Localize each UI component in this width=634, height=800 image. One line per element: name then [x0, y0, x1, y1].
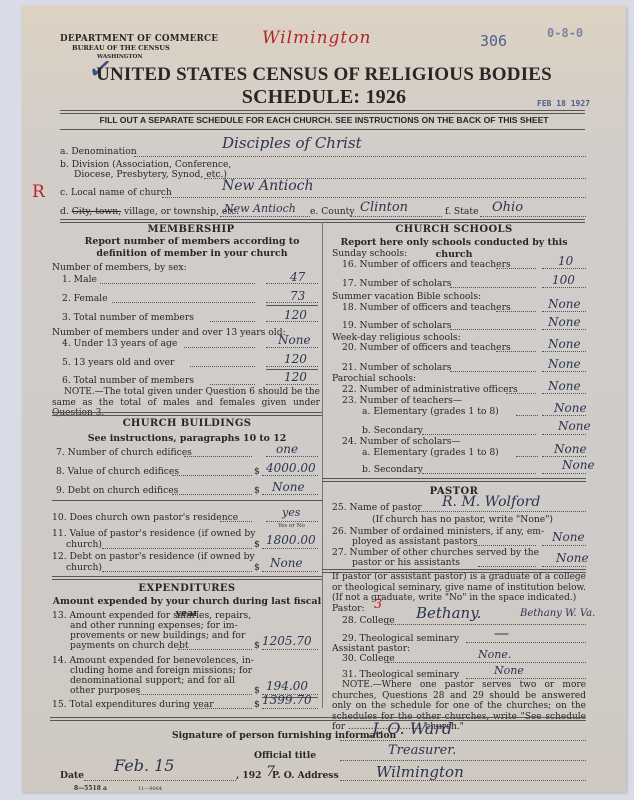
q30-label: 30. College	[342, 653, 395, 664]
q17-label: 17. Number of scholars	[342, 278, 452, 289]
q14-benevolences-value[interactable]: 194.00	[266, 679, 308, 693]
q20-dots	[496, 351, 536, 352]
signature-line	[340, 740, 586, 741]
church-schools-divider	[322, 478, 586, 482]
q10-residence-value[interactable]: yes	[282, 506, 300, 519]
handwritten-city: Wilmington	[262, 28, 371, 48]
q3-total-label: 3. Total number of members	[62, 312, 194, 323]
received-date-stamp: FEB 18 1927	[537, 99, 590, 108]
q17-dots	[450, 287, 536, 288]
signature-value[interactable]: J. O. Ward	[372, 719, 452, 738]
city-value[interactable]: New Antioch	[224, 202, 296, 215]
q18-answer-line	[542, 311, 586, 312]
q9-answer-line	[262, 494, 318, 495]
q11-residence-amount[interactable]: 1800.00	[266, 533, 316, 547]
graduate-note: If pastor (or assistant pastor) is a gra…	[332, 572, 586, 604]
q8-value-label: 8. Value of church edifices	[56, 466, 179, 477]
q21-answer-line	[542, 371, 586, 372]
q9-dollar-sign: $	[254, 485, 260, 496]
q10-yes-no-hint: Yes or No	[278, 523, 305, 529]
q27-answer-line	[542, 566, 586, 567]
q21-value[interactable]: None	[548, 357, 581, 371]
stamp-code: 0-8-0	[547, 26, 583, 40]
q26-value[interactable]: None	[552, 530, 585, 544]
q17-value[interactable]: 100	[552, 273, 575, 287]
q5-answer-line	[266, 366, 318, 367]
q13-dots	[178, 649, 252, 650]
q15-total-value[interactable]: 1399.70	[262, 693, 312, 707]
q10-answer-line	[266, 521, 318, 522]
q9-debt-label: 9. Debt on church edifices	[56, 485, 178, 496]
county-line	[350, 216, 442, 217]
q14-label-4: other purposes	[70, 685, 140, 696]
city-line	[220, 216, 310, 217]
q18-dots	[496, 311, 536, 312]
q22-value[interactable]: None	[548, 379, 581, 393]
q23a-answer-line	[542, 415, 586, 416]
q14-dollar-sign: $	[254, 685, 260, 696]
q19-value[interactable]: None	[548, 315, 581, 329]
q11-label-cont: church)	[66, 539, 102, 550]
q31-label: 31. Theological seminary	[342, 669, 459, 680]
q23b-label: b. Secondary	[362, 425, 423, 436]
q13-label-4: payments on church debt	[70, 640, 189, 651]
membership-divider	[52, 412, 322, 416]
q8-value-amount[interactable]: 4000.00	[266, 461, 316, 475]
q11-answer-line	[262, 548, 318, 549]
q20-value[interactable]: None	[548, 337, 581, 351]
q7-answer-line	[266, 456, 318, 457]
q22-answer-line	[542, 393, 586, 394]
q25-hint: (If church has no pastor, write "None")	[372, 514, 553, 525]
q12-label-cont: church)	[66, 562, 102, 573]
official-title-line	[340, 760, 586, 761]
q12-dots	[102, 571, 252, 572]
q15-dots	[196, 708, 252, 709]
age-group-label: Number of members under and over 13 year…	[52, 327, 286, 338]
q8-answer-line	[262, 475, 318, 476]
q20-label: 20. Number of officers and teachers	[342, 342, 511, 353]
q7-edifices-value[interactable]: one	[276, 442, 298, 456]
q29-seminary-value[interactable]: —	[494, 624, 509, 642]
official-title-label: Official title	[254, 750, 316, 761]
margin-mark-r: R	[32, 182, 46, 202]
sunday-schools-label: Sunday schools:	[332, 248, 407, 259]
local-name-value[interactable]: New Antioch	[222, 178, 314, 194]
q31-seminary-value[interactable]: None	[494, 664, 524, 677]
form-number: 8—5518 a	[74, 785, 107, 792]
church-schools-heading: CHURCH SCHOOLS	[322, 224, 586, 235]
q24b-value[interactable]: None	[562, 458, 595, 472]
q26-label-2: ployed as assistant pastors	[352, 536, 478, 547]
q24a-dots	[516, 456, 538, 457]
q2-dots	[112, 302, 255, 303]
q28-college-value[interactable]: Bethany.	[416, 604, 481, 622]
q21-label: 21. Number of scholars	[342, 362, 452, 373]
q4-answer-line	[266, 347, 318, 348]
q31-line	[466, 678, 586, 679]
q15-answer-line	[262, 708, 318, 709]
year-prefix: , 192	[236, 770, 262, 781]
county-value[interactable]: Clinton	[360, 200, 408, 215]
q23a-value[interactable]: None	[554, 401, 587, 415]
q13-running-expenses-value[interactable]: 1205.70	[262, 634, 312, 648]
membership-subheading: Report number of members according to de…	[72, 236, 312, 260]
q5-dots	[190, 366, 255, 367]
q1-male-label: 1. Male	[62, 274, 97, 285]
q12-answer-line	[262, 571, 318, 572]
local-name-line	[162, 197, 586, 198]
q16-dots	[496, 268, 536, 269]
q20-answer-line	[542, 351, 586, 352]
q27-dots	[478, 566, 536, 567]
struck-city-town: City, town,	[72, 206, 121, 217]
q13-dollar-sign: $	[254, 640, 260, 651]
q28-label: 28. College	[342, 615, 395, 626]
q24a-answer-line	[542, 456, 586, 457]
buildings-inner-divider	[52, 500, 322, 501]
q29-line	[466, 642, 586, 643]
q22-dots	[506, 393, 536, 394]
q24a-label: a. Elementary (grades 1 to 8)	[362, 447, 499, 458]
serial-number: 306	[480, 32, 507, 50]
q18-label: 18. Number of officers and teachers	[342, 302, 511, 313]
q23a-label: a. Elementary (grades 1 to 8)	[362, 406, 499, 417]
q15-total-label: 15. Total expenditures during year	[52, 699, 214, 710]
q10-dots	[220, 521, 252, 522]
q17-answer-line	[542, 287, 586, 288]
q5-over13-value[interactable]: 120	[284, 352, 307, 366]
q11-residence-value-label: 11. Value of pastor's residence (if owne…	[52, 528, 255, 539]
county-label: e. County	[310, 206, 355, 217]
instruction-divider	[60, 129, 585, 130]
bureau-label: BUREAU OF THE CENSUS	[72, 44, 170, 52]
city-town-label: d. City, town, village, or township, etc…	[60, 206, 239, 217]
q19-dots	[450, 329, 536, 330]
q30-college-value[interactable]: None.	[478, 648, 511, 661]
parochial-schools-label: Parochial schools:	[332, 373, 416, 384]
summer-schools-label: Summer vacation Bible schools:	[332, 291, 481, 302]
denomination-label: a. Denomination	[60, 146, 137, 157]
official-title-value[interactable]: Treasurer.	[388, 743, 456, 758]
q26-dots	[474, 545, 536, 546]
buildings-divider	[52, 576, 322, 580]
q25-label: 25. Name of pastor	[332, 502, 422, 513]
expenditures-heading: EXPENDITURES	[52, 583, 322, 594]
q24-label: 24. Number of scholars—	[342, 436, 461, 447]
q30-line	[388, 662, 586, 663]
q9-dots	[172, 494, 252, 495]
q1-male-value[interactable]: 47	[290, 270, 305, 284]
header-divider	[60, 110, 585, 114]
q24b-answer-line	[542, 473, 586, 474]
q4-under13-label: 4. Under 13 years of age	[62, 338, 177, 349]
pastor-red-mark: 3	[374, 597, 383, 612]
q19-answer-line	[542, 329, 586, 330]
q2-female-label: 2. Female	[62, 293, 108, 304]
date-line	[84, 780, 236, 781]
state-line	[480, 216, 586, 217]
q4-dots	[184, 347, 255, 348]
q6-total-label: 6. Total number of members	[62, 375, 194, 386]
q10-residence-label: 10. Does church own pastor's residence	[52, 512, 238, 523]
q12-dollar-sign: $	[254, 562, 260, 573]
q28-line	[388, 624, 586, 625]
q23b-dots	[422, 434, 536, 435]
q11-dots	[102, 548, 252, 549]
q3-dots	[210, 321, 255, 322]
q16-label: 16. Number of officers and teachers	[342, 259, 511, 270]
q25-line	[416, 511, 586, 512]
q24a-value[interactable]: None	[554, 442, 587, 456]
q21-dots	[450, 371, 536, 372]
department-label: DEPARTMENT OF COMMERCE	[60, 34, 218, 44]
state-value[interactable]: Ohio	[492, 200, 523, 215]
q8-dots	[172, 475, 252, 476]
q13-answer-line	[262, 649, 318, 650]
schedule-title: SCHEDULE: 1926	[22, 86, 626, 109]
q19-label: 19. Number of scholars	[342, 320, 452, 331]
membership-heading: MEMBERSHIP	[60, 224, 322, 235]
q24b-label: b. Secondary	[362, 464, 423, 475]
q12-residence-debt-value[interactable]: None	[270, 556, 303, 570]
q6-total-value[interactable]: 120	[284, 370, 307, 384]
q27-value[interactable]: None	[556, 551, 589, 565]
q9-debt-value[interactable]: None	[272, 480, 305, 494]
column-divider	[322, 222, 323, 708]
q23b-value[interactable]: None	[558, 419, 591, 433]
document-title: UNITED STATES CENSUS OF RELIGIOUS BODIES	[22, 64, 626, 86]
footer-divider	[50, 717, 586, 721]
census-schedule-document: DEPARTMENT OF COMMERCE BUREAU OF THE CEN…	[22, 6, 626, 792]
q11-dollar-sign: $	[254, 539, 260, 550]
pastor-note: NOTE.—Where one pastor serves two or mor…	[332, 680, 586, 733]
q16-answer-line	[542, 268, 586, 269]
members-by-sex-label: Number of members, by sex:	[52, 262, 187, 273]
q12-residence-debt-label: 12. Debt on pastor's residence (if owned…	[52, 551, 255, 562]
denomination-line	[134, 156, 586, 157]
q2-total-rule	[266, 305, 318, 306]
q3-total-value[interactable]: 120	[284, 308, 307, 322]
q4-under13-value[interactable]: None	[278, 333, 311, 347]
q2-female-value[interactable]: 73	[290, 289, 305, 303]
q1-dots	[100, 283, 255, 284]
q27-label-2: pastor or his assistants	[352, 557, 460, 568]
q23-label: 23. Number of teachers—	[342, 395, 462, 406]
po-address-label: P. O. Address	[272, 770, 339, 781]
q24b-dots	[422, 473, 536, 474]
state-label: f. State	[445, 206, 479, 217]
q25-pastor-name[interactable]: R. M. Wolford	[442, 494, 540, 510]
church-buildings-heading: CHURCH BUILDINGS	[52, 418, 322, 429]
q16-value[interactable]: 10	[558, 254, 573, 268]
local-name-label: c. Local name of church	[60, 187, 172, 198]
denomination-value[interactable]: Disciples of Christ	[222, 134, 362, 152]
q18-value[interactable]: None	[548, 297, 581, 311]
q6-answer-line	[266, 384, 318, 385]
q26-answer-line	[542, 545, 586, 546]
print-code: 11—9064	[138, 786, 162, 792]
q15-dollar-sign: $	[254, 699, 260, 710]
q14-dots	[138, 694, 252, 695]
q6-dots	[210, 384, 255, 385]
q8-dollar-sign: $	[254, 466, 260, 477]
q7-dots	[184, 456, 252, 457]
q22-label: 22. Number of administrative officers	[342, 384, 518, 395]
q23a-dots	[516, 415, 538, 416]
q5-over13-label: 5. 13 years old and over	[62, 357, 174, 368]
po-address-value[interactable]: Wilmington	[376, 763, 464, 781]
pastor-subsection-label: Pastor:	[332, 603, 365, 614]
date-label: Date	[60, 770, 84, 781]
q23b-answer-line	[542, 434, 586, 435]
q7-edifices-label: 7. Number of church edifices	[56, 447, 192, 458]
date-value[interactable]: Feb. 15	[114, 756, 174, 775]
instruction-banner: FILL OUT A SEPARATE SCHEDULE FOR EACH CH…	[22, 115, 626, 125]
q28-college-annotation: Bethany W. Va.	[520, 608, 595, 619]
